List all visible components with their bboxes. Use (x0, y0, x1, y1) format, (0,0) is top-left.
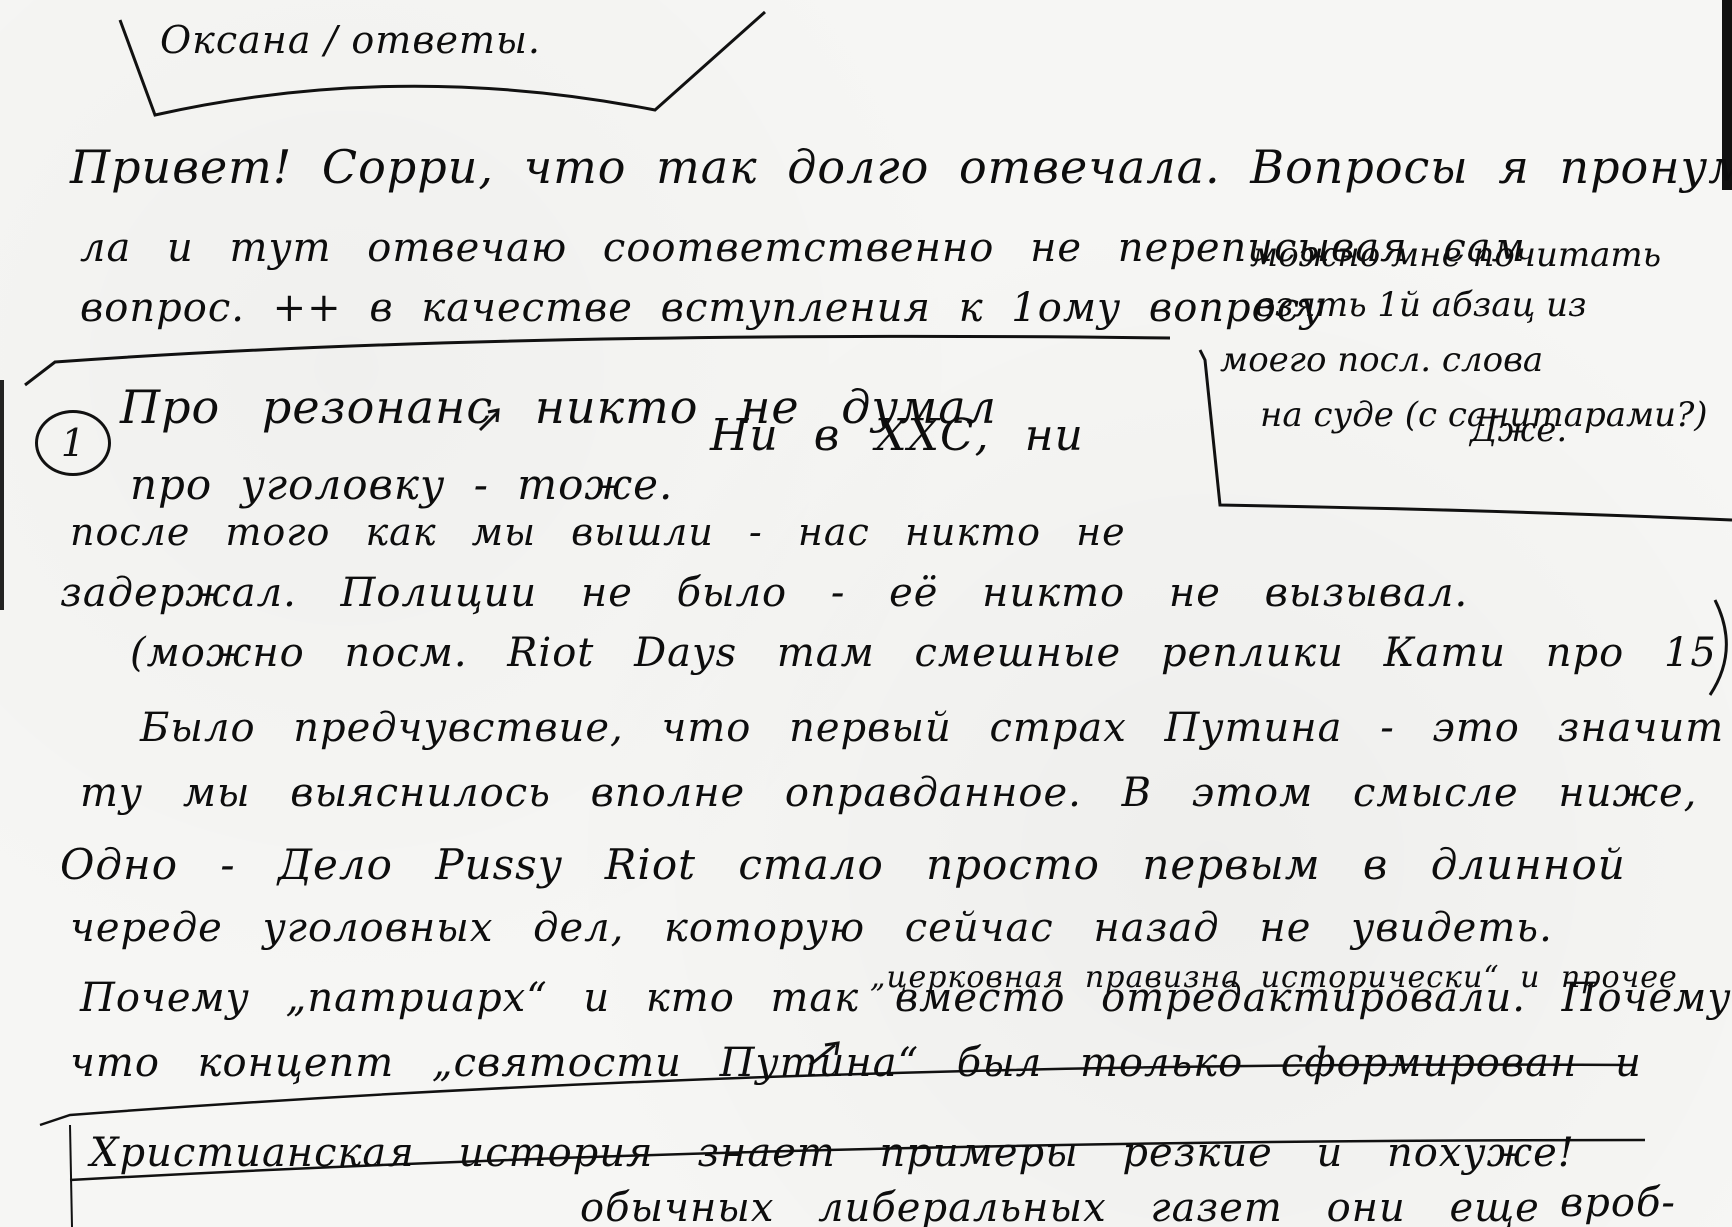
answer-line-2: про уголовку - тоже. (130, 460, 673, 509)
answer-line-13-end: вроб- (1560, 1180, 1676, 1226)
greeting-line-1: Привет! Сорри, что так долго отвечала. В… (70, 140, 1732, 194)
answer-line-3: после того как мы вышли - нас никто не (70, 510, 1126, 554)
answer-line-6: Было предчувствие, что первый страх Пути… (140, 705, 1724, 751)
answer-line-11: что концепт „святости Путина“ был только… (70, 1040, 1642, 1086)
margin-note-line-1: можно мне почитать (1250, 235, 1661, 275)
margin-note-line-3: моего посл. слова (1220, 340, 1543, 380)
answer-line-4: задержал. Полиции не было - её никто не … (60, 570, 1468, 616)
margin-note-signature: Дже. (1470, 410, 1567, 450)
margin-note-line-2: взять 1й абзац из (1255, 285, 1587, 325)
answer-line-7: ту мы выяснилось вполне оправданное. В э… (80, 770, 1697, 816)
answer-line-13: обычных либеральных газет они еще (580, 1185, 1540, 1227)
answer-line-9: череде уголовных дел, которую сейчас наз… (70, 905, 1553, 951)
answer-line-5: (можно посм. Riot Days там смешные репли… (130, 630, 1732, 676)
answer-number-circle: 1 (35, 410, 111, 476)
greeting-line-3: вопрос. ++ в качестве вступления к 1ому … (80, 285, 1324, 331)
document-title: Оксана / ответы. (160, 18, 541, 62)
answer-line-12: Христианская история знает примеры резки… (90, 1130, 1575, 1176)
answer-line-1b: Ни в ХХС, ни (710, 410, 1084, 461)
answer-line-10-insert: „церковная правизна исторически“ и проче… (870, 960, 1678, 995)
answer-line-8: Одно - Дело Pussy Riot стало просто перв… (60, 840, 1626, 889)
